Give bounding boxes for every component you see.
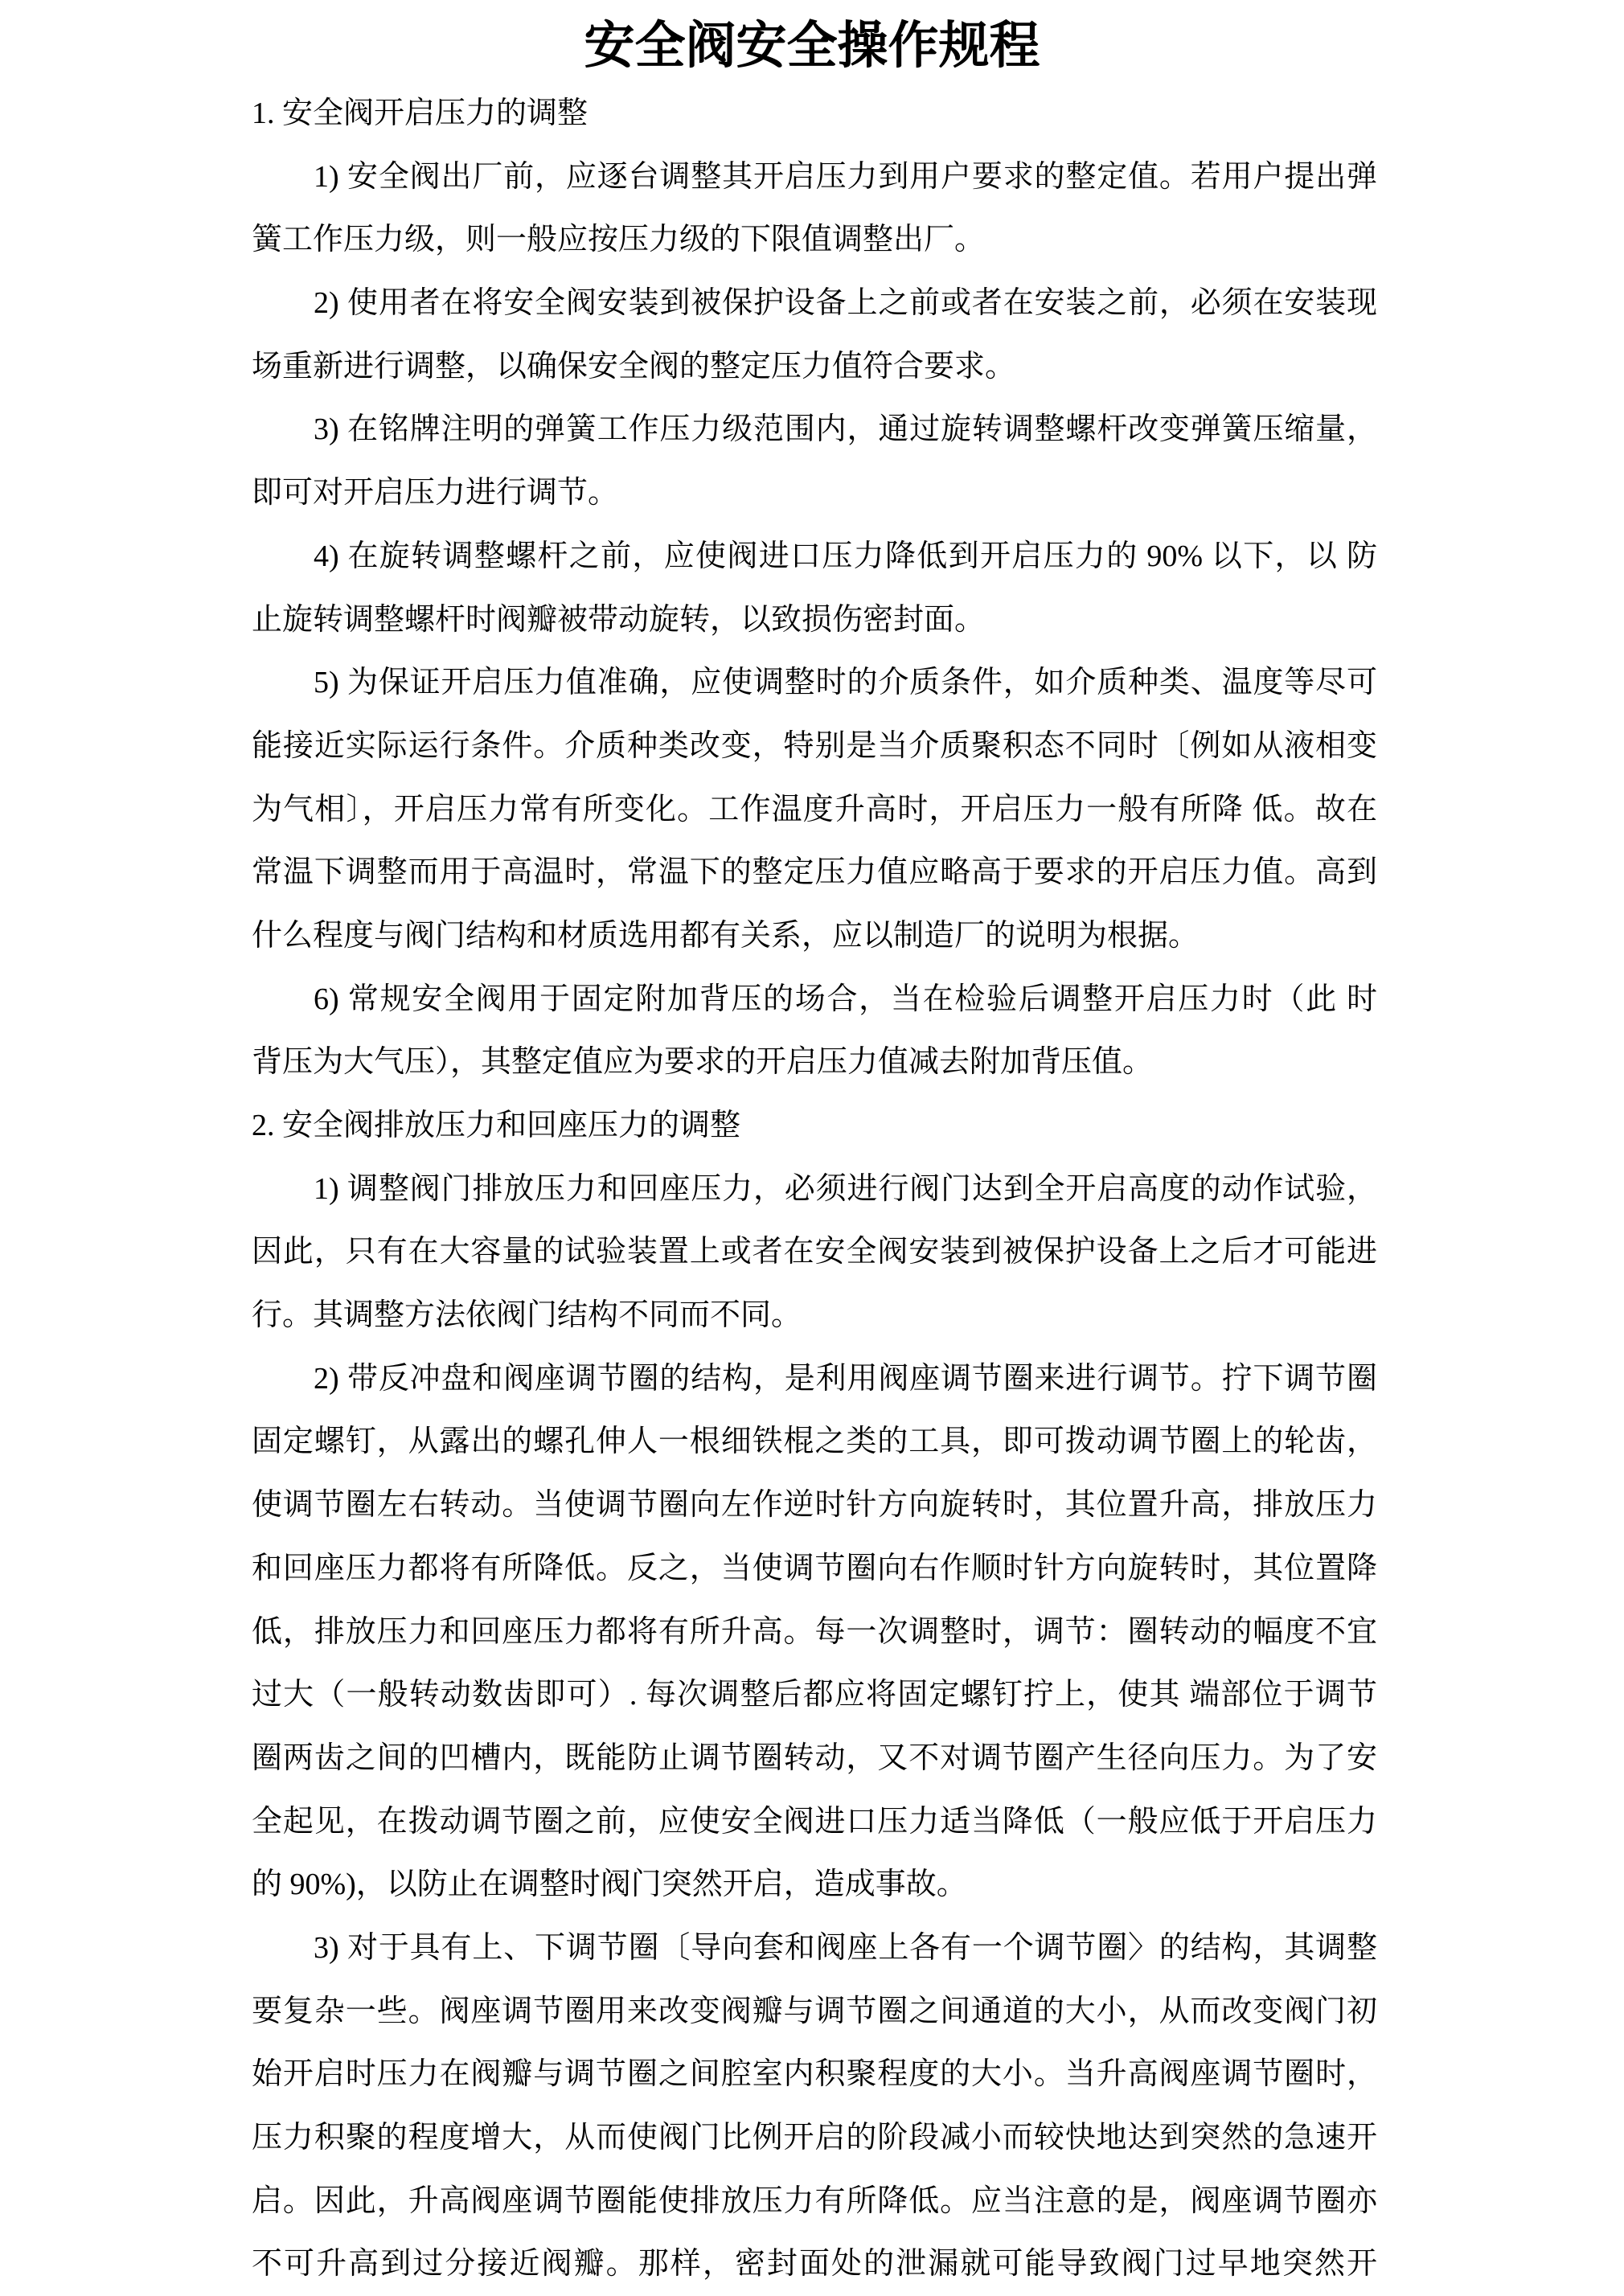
document-body: 1. 安全阀开启压力的调整1) 安全阀出厂前，应逐台调整其开启压力到用户要求的整…: [252, 82, 1377, 2296]
text-line: 4) 在旋转调整螺杆之前，应使阀进口压力降低到开启压力的 90% 以下，以 防: [252, 525, 1377, 588]
page-title: 安全阀安全操作规程: [0, 11, 1624, 80]
text-line: 圈两齿之间的凹槽内，既能防止调节圈转动，又不对调节圈产生径向压力。为了安: [252, 1727, 1377, 1790]
text-line: 固定螺钉，从露出的螺孔伸人一根细铁棍之类的工具，即可拨动调节圈上的轮齿，: [252, 1410, 1377, 1474]
text-line: 能接近实际运行条件。介质种类改变，特别是当介质聚积态不同时〔例如从液相变: [252, 715, 1377, 778]
text-line: 5) 为保证开启压力值准确，应使调整时的介质条件，如介质种类、温度等尽可: [252, 651, 1377, 715]
text-line: 低，排放压力和回座压力都将有所升高。每一次调整时，调节：圈转动的幅度不宜: [252, 1601, 1377, 1664]
text-line: 启。因此，升高阀座调节圈能使排放压力有所降低。应当注意的是，阀座调节圈亦: [252, 2170, 1377, 2233]
text-line: 的 90%)，以防止在调整时阀门突然开启，造成事故。: [252, 1853, 1377, 1917]
text-line: 什么程度与阀门结构和材质选用都有关系，应以制造厂的说明为根据。: [252, 904, 1377, 968]
document-page: 安全阀安全操作规程 1. 安全阀开启压力的调整1) 安全阀出厂前，应逐台调整其开…: [0, 0, 1624, 2296]
text-line: 2) 带反冲盘和阀座调节圈的结构，是利用阀座调节圈来进行调节。拧下调节圈: [252, 1347, 1377, 1411]
text-line: 不可升高到过分接近阀瓣。那样，密封面处的泄漏就可能导致阀门过早地突然开启，: [252, 2232, 1377, 2296]
text-line: 即可对开启压力进行调节。: [252, 461, 1377, 525]
text-line: 压力积聚的程度增大，从而使阀门比例开启的阶段减小而较快地达到突然的急速开: [252, 2106, 1377, 2170]
text-line: 簧工作压力级，则一般应按压力级的下限值调整出厂。: [252, 208, 1377, 272]
section-heading: 1. 安全阀开启压力的调整: [252, 82, 1377, 146]
text-line: 背压为大气压），其整定值应为要求的开启压力值减去附加背压值。: [252, 1031, 1377, 1094]
text-line: 6) 常规安全阀用于固定附加背压的场合，当在检验后调整开启压力时（此 时: [252, 968, 1377, 1031]
text-line: 行。其调整方法依阀门结构不同而不同。: [252, 1284, 1377, 1347]
text-line: 止旋转调整螺杆时阀瓣被带动旋转，以致损伤密封面。: [252, 588, 1377, 652]
section-heading: 2. 安全阀排放压力和回座压力的调整: [252, 1094, 1377, 1158]
text-line: 2) 使用者在将安全阀安装到被保护设备上之前或者在安装之前，必须在安装现: [252, 272, 1377, 335]
text-line: 为气相〕，开启压力常有所变化。工作温度升高时，开启压力一般有所降 低。故在: [252, 778, 1377, 842]
text-line: 要复杂一些。阀座调节圈用来改变阀瓣与调节圈之间通道的大小，从而改变阀门初: [252, 1980, 1377, 2044]
text-line: 过大（一般转动数齿即可）. 每次调整后都应将固定螺钉拧上，使其 端部位于调节: [252, 1663, 1377, 1727]
text-line: 使调节圈左右转动。当使调节圈向左作逆时针方向旋转时，其位置升高，排放压力: [252, 1474, 1377, 1537]
text-line: 1) 安全阀出厂前，应逐台调整其开启压力到用户要求的整定值。若用户提出弹: [252, 146, 1377, 209]
text-line: 全起见，在拨动调节圈之前，应使安全阀进口压力适当降低（一般应低于开启压力: [252, 1790, 1377, 1854]
text-line: 3) 在铭牌注明的弹簧工作压力级范围内，通过旋转调整螺杆改变弹簧压缩量，: [252, 398, 1377, 461]
text-line: 始开启时压力在阀瓣与调节圈之间腔室内积聚程度的大小。当升高阀座调节圈时，: [252, 2043, 1377, 2106]
text-line: 常温下调整而用于高温时，常温下的整定压力值应略高于要求的开启压力值。高到: [252, 841, 1377, 904]
text-line: 1) 调整阀门排放压力和回座压力，必须进行阀门达到全开启高度的动作试验，: [252, 1158, 1377, 1221]
text-line: 3) 对于具有上、下调节圈〔导向套和阀座上各有一个调节圈〉的结构，其调整: [252, 1917, 1377, 1980]
text-line: 因此，只有在大容量的试验装置上或者在安全阀安装到被保护设备上之后才可能进: [252, 1220, 1377, 1284]
text-line: 和回座压力都将有所降低。反之，当使调节圈向右作顺时针方向旋转时，其位置降: [252, 1537, 1377, 1601]
text-line: 场重新进行调整，以确保安全阀的整定压力值符合要求。: [252, 335, 1377, 399]
